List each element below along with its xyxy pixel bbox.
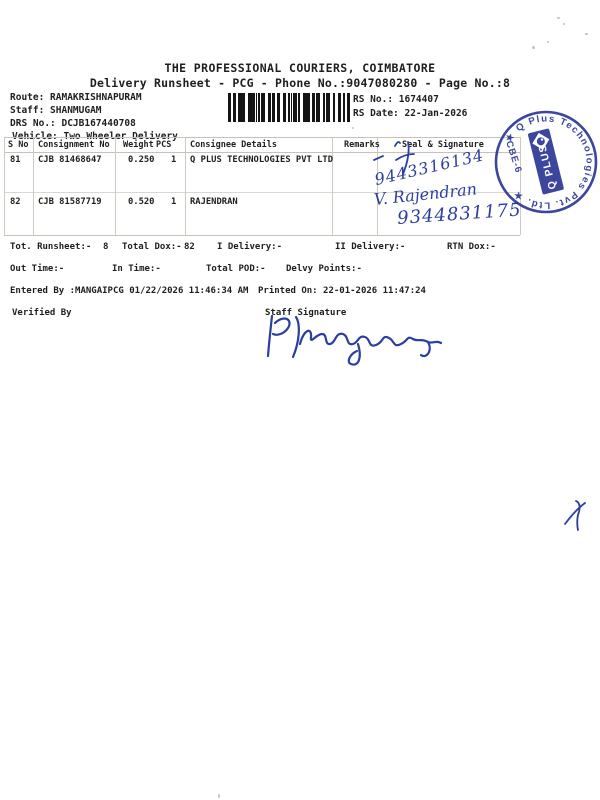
- table-border-top: [4, 137, 520, 138]
- cell-consignment: CJB 81587719: [38, 197, 102, 207]
- route-line: Route: RAMAKRISHNAPURAM: [10, 92, 142, 103]
- cell-weight: 0.250: [128, 155, 154, 165]
- table-col-line: [332, 137, 333, 235]
- cell-consignee: Q PLUS TECHNOLOGIES PVT LTD: [190, 155, 333, 165]
- scan-speck: [352, 127, 354, 129]
- table-border-left: [4, 137, 5, 235]
- table-header-underline: [4, 152, 520, 153]
- page-subtitle: Delivery Runsheet - PCG - Phone No.:9047…: [0, 76, 600, 90]
- cell-pcs: 1: [171, 197, 176, 207]
- i-delivery-label: I Delivery:-: [217, 242, 282, 252]
- ii-delivery-label: II Delivery:-: [335, 242, 405, 252]
- cell-consignment: CJB 81468647: [38, 155, 102, 165]
- stamp-side-text: CBE-6: [503, 140, 524, 175]
- scan-speck: [585, 33, 588, 35]
- verified-by-label: Verified By: [12, 308, 72, 318]
- tot-runsheet-label: Tot. Runsheet:-: [10, 242, 91, 252]
- table-border-bottom: [4, 235, 520, 236]
- drs-no-line: DRS No.: DCJB167440708: [10, 118, 136, 129]
- scan-speck: [218, 794, 220, 798]
- total-pod-label: Total POD:-: [206, 264, 266, 274]
- company-stamp-qplus: ★ Q Plus Technologies Pvt. Ltd. ★ CBE-6 …: [493, 107, 599, 215]
- staff-signature-handwriting: [258, 313, 450, 361]
- total-dox-value: 82: [184, 242, 195, 252]
- rs-no-line: RS No.: 1674407: [353, 94, 439, 105]
- rtn-dox-label: RTN Dox:-: [447, 242, 496, 252]
- scan-speck: [547, 41, 549, 43]
- barcode-icon: [228, 93, 350, 122]
- cell-pcs: 1: [171, 155, 176, 165]
- col-header-pcs: PCS: [156, 140, 171, 150]
- scan-speck: [557, 17, 560, 19]
- scan-speck: [532, 46, 535, 49]
- delvy-points-label: Delvy Points:-: [286, 264, 362, 274]
- scanned-delivery-runsheet: THE PROFESSIONAL COURIERS, COIMBATORE De…: [0, 0, 600, 800]
- col-header-sno: S No: [8, 140, 28, 150]
- table-col-line: [185, 137, 186, 235]
- tot-runsheet-value: 8: [103, 242, 108, 252]
- table-col-line: [33, 137, 34, 235]
- page-title: THE PROFESSIONAL COURIERS, COIMBATORE: [0, 61, 600, 75]
- col-header-consignee: Consignee Details: [190, 140, 277, 150]
- cell-sno: 81: [10, 155, 21, 165]
- entered-by-line: Entered By :MANGAIPCG 01/22/2026 11:46:3…: [10, 286, 248, 296]
- cell-consignee: RAJENDRAN: [190, 197, 238, 207]
- out-time-label: Out Time:-: [10, 264, 64, 274]
- stray-pen-mark: [562, 498, 590, 534]
- staff-line: Staff: SHANMUGAM: [10, 105, 102, 116]
- rs-date-line: RS Date: 22-Jan-2026: [353, 108, 467, 119]
- scan-speck: [563, 23, 565, 25]
- col-header-consignment: Consignment No: [38, 140, 110, 150]
- printed-on-line: Printed On: 22-01-2026 11:47:24: [258, 286, 426, 296]
- cell-sno: 82: [10, 197, 21, 207]
- total-dox-label: Total Dox:-: [122, 242, 182, 252]
- col-header-weight: Weight: [123, 140, 154, 150]
- in-time-label: In Time:-: [112, 264, 161, 274]
- cell-weight: 0.520: [128, 197, 154, 207]
- table-col-line: [115, 137, 116, 235]
